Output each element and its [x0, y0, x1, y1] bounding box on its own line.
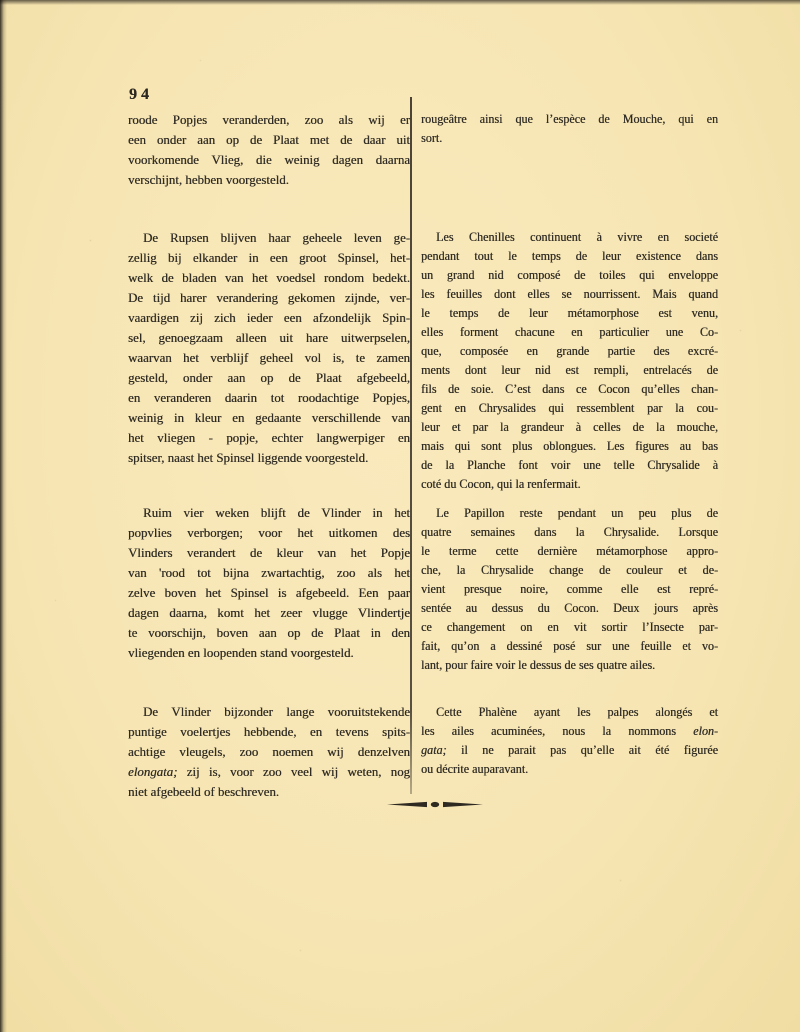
section-divider-ornament: [387, 800, 483, 809]
text-line: che, la Chrysalide change de couleur et …: [421, 561, 718, 580]
text-line: puntige voelertjes hebbende, en tevens s…: [128, 722, 410, 742]
text-line: van 'rood tot bijna zwartachtig, zoo als…: [128, 563, 410, 583]
text-line: voorkomende Vlieg, die weinig dagen daar…: [128, 150, 410, 170]
text-line: ments dont leur nid est rempli, entrelac…: [421, 361, 718, 380]
text-line: Cette Phalène ayant les palpes alongés e…: [421, 703, 718, 722]
text-line: que, composée en grande partie des excré…: [421, 342, 718, 361]
text-line: zelve boven het Spinsel is afgebeeld. Ee…: [128, 583, 410, 603]
text-line: een onder aan op de Plaat met de daar ui…: [128, 130, 410, 150]
scan-edge-left: [0, 0, 7, 1032]
text-line: sel, genoegzaam alleen uit hare uitwerps…: [128, 328, 410, 348]
text-line: Vlinders verandert de kleur van het Popj…: [128, 543, 410, 563]
text-line: les ailes acuminées, nous la nommons elo…: [421, 722, 718, 741]
paragraph: De Vlinder bijzonder lange vooruitsteken…: [128, 702, 410, 802]
text-line: achtige vleugels, zoo noemen wij denzelv…: [128, 742, 410, 762]
text-line: roode Popjes veranderden, zoo als wij er: [128, 110, 410, 130]
text-line: mais qui sont plus oblongues. Les figure…: [421, 437, 718, 456]
paragraph: rougeâtre ainsi que l’espèce de Mouche, …: [421, 110, 718, 148]
column-right-text: rougeâtre ainsi que l’espèce de Mouche, …: [421, 110, 718, 779]
text-line: les feuilles dont elles se nourrissent. …: [421, 285, 718, 304]
text-line: te voorschijn, boven aan op de Plaat in …: [128, 623, 410, 643]
text-line: gesteld, onder aan op de Plaat afgebeeld…: [128, 368, 410, 388]
swelled-rule-icon: [387, 800, 483, 809]
text-line: dagen daarna, komt het zeer vlugge Vlind…: [128, 603, 410, 623]
text-line: Ruim vier weken blijft de Vlinder in het: [128, 503, 410, 523]
text-line: waarvan het verblijf geheel vol is, te z…: [128, 348, 410, 368]
paragraph: De Rupsen blijven haar geheele leven ge-…: [128, 228, 410, 468]
page-number: 94: [129, 86, 153, 104]
text-line: quatre semaines dans la Chrysalide. Lors…: [421, 523, 718, 542]
text-line: weinig in kleur en gedaante verschillend…: [128, 408, 410, 428]
text-line: ou décrite auparavant.: [421, 760, 718, 779]
paragraph: roode Popjes veranderden, zoo als wij er…: [128, 110, 410, 190]
book-page-scan: 94 roode Popjes veranderden, zoo als wij…: [0, 0, 800, 1032]
text-line: elongata; zij is, voor zoo veel wij wete…: [128, 762, 410, 782]
text-line: Le Papillon reste pendant un peu plus de: [421, 504, 718, 523]
text-line: vliegenden en loopenden stand voorgestel…: [128, 643, 410, 663]
text-line: coté du Cocon, qui la renfermait.: [421, 475, 718, 494]
column-left-text: roode Popjes veranderden, zoo als wij er…: [128, 110, 410, 802]
text-line: De Vlinder bijzonder lange vooruitsteken…: [128, 702, 410, 722]
text-line: het vliegen - popje, echter langwerpiger…: [128, 428, 410, 448]
text-line: pendant tout le temps de leur existence …: [421, 247, 718, 266]
scan-edge-top: [0, 0, 800, 5]
text-line: gent en Chrysalides qui ressemblent par …: [421, 399, 718, 418]
paragraph: Le Papillon reste pendant un peu plus de…: [421, 504, 718, 675]
text-line: De Rupsen blijven haar geheele leven ge-: [128, 228, 410, 248]
text-line: en veranderen daarin tot roodachtige Pop…: [128, 388, 410, 408]
text-line: sentée au dessus du Cocon. Deux jours ap…: [421, 599, 718, 618]
text-line: rougeâtre ainsi que l’espèce de Mouche, …: [421, 110, 718, 129]
paragraph: Ruim vier weken blijft de Vlinder in het…: [128, 503, 410, 663]
text-line: verschijnt, hebben voorgesteld.: [128, 170, 410, 190]
paragraph: Cette Phalène ayant les palpes alongés e…: [421, 703, 718, 779]
text-line: De tijd harer verandering gekomen zijnde…: [128, 288, 410, 308]
text-line: fils de soie. C’est dans ce Cocon qu’ell…: [421, 380, 718, 399]
text-line: un grand nid composé de toiles qui envel…: [421, 266, 718, 285]
text-line: welk de bladen van het voedsel rondom be…: [128, 268, 410, 288]
text-line: leur et par la grandeur à celles de la m…: [421, 418, 718, 437]
text-line: spitser, naast het Spinsel liggende voor…: [128, 448, 410, 468]
column-divider-rule: [410, 97, 412, 794]
text-line: vient presque noire, comme elle est repr…: [421, 580, 718, 599]
text-line: Les Chenilles continuent à vivre en soci…: [421, 228, 718, 247]
text-line: elles forment chacune en particulier une…: [421, 323, 718, 342]
paper-speckles: [0, 0, 1, 1]
text-line: popvlies verborgen; voor het uitkomen de…: [128, 523, 410, 543]
text-line: sort.: [421, 129, 718, 148]
text-line: niet afgebeeld of beschreven.: [128, 782, 410, 802]
text-line: ce changement on en vit sortir l’Insecte…: [421, 618, 718, 637]
text-line: le temps de leur métamorphose est venu,: [421, 304, 718, 323]
text-line: fait, qu’on a dessiné posé sur une feuil…: [421, 637, 718, 656]
text-line: de la Planche font voir une telle Chrysa…: [421, 456, 718, 475]
text-line: gata; il ne parait pas qu’elle ait été f…: [421, 741, 718, 760]
text-line: zellig bij elkander in een groot Spinsel…: [128, 248, 410, 268]
text-line: lant, pour faire voir le dessus de ses q…: [421, 656, 718, 675]
paragraph: Les Chenilles continuent à vivre en soci…: [421, 228, 718, 494]
text-line: vaardigen zij zich ieder een afzondelijk…: [128, 308, 410, 328]
text-line: le terme cette dernière métamorphose app…: [421, 542, 718, 561]
